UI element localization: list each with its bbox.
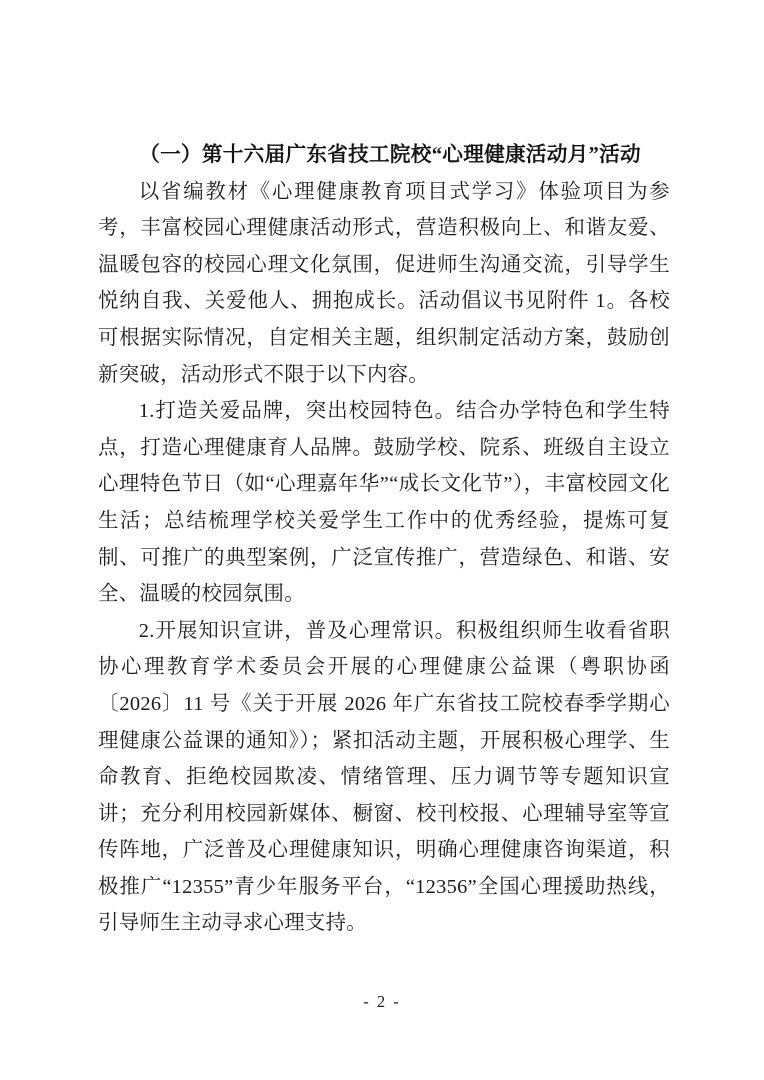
paragraph-item-2: 2.开展知识宣讲，普及心理常识。积极组织师生收看省职协心理教育学术委员会开展的心… — [98, 613, 670, 942]
paragraph-intro: 以省编教材《心理健康教育项目式学习》体验项目为参考，丰富校园心理健康活动形式，营… — [98, 174, 670, 394]
section-heading: （一）第十六届广东省技工院校“心理健康活动月”活动 — [98, 137, 670, 174]
page-footer: - 2 - — [0, 992, 764, 1012]
document-body: （一）第十六届广东省技工院校“心理健康活动月”活动 以省编教材《心理健康教育项目… — [98, 137, 670, 942]
document-page: （一）第十六届广东省技工院校“心理健康活动月”活动 以省编教材《心理健康教育项目… — [0, 0, 764, 1080]
page-number: - 2 - — [363, 992, 401, 1011]
paragraph-item-1: 1.打造关爱品牌，突出校园特色。结合办学特色和学生特点，打造心理健康育人品牌。鼓… — [98, 393, 670, 613]
